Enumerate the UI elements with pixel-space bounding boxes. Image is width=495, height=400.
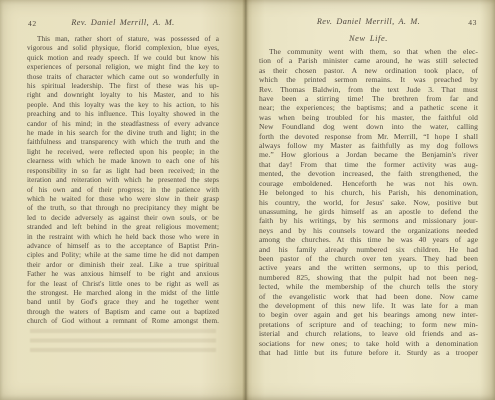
text-line: the development of this new life. It was… xyxy=(259,301,478,310)
text-line: neys and by his counsels toward the orga… xyxy=(259,226,478,235)
right-running-head: Rev. Daniel Merrill, A. M. xyxy=(259,17,478,26)
text-line: the strongest. He marched along in the m… xyxy=(27,289,219,298)
left-page: 42 Rev. Daniel Merrill, A. M. This man, … xyxy=(0,0,245,400)
right-page-header: Rev. Daniel Merrill, A. M. 43 xyxy=(259,17,478,28)
book-spread: 42 Rev. Daniel Merrill, A. M. This man, … xyxy=(0,0,495,400)
text-line: light he received, were reflected upon h… xyxy=(27,148,219,157)
text-line: tion of a Parish minister came around, h… xyxy=(259,56,478,65)
text-line: that day! From that time the former acti… xyxy=(259,160,478,169)
text-line: faithfulness and transparency with which… xyxy=(27,138,219,147)
left-running-head: Rev. Daniel Merrill, A. M. xyxy=(27,18,219,27)
right-page-number: 43 xyxy=(468,18,477,27)
text-line: forth the devoted response from Mr. Merr… xyxy=(259,132,478,141)
left-page-number: 42 xyxy=(28,19,37,28)
left-page-header: 42 Rev. Daniel Merrill, A. M. xyxy=(27,18,219,29)
text-line: courage emboldened. Henceforth he was no… xyxy=(259,179,478,188)
text-line: church of God without a remnant of Rome … xyxy=(27,317,219,326)
text-line: of the evangelistic work that had been d… xyxy=(259,292,478,301)
text-line: faith by his writings, by his sermons an… xyxy=(259,216,478,225)
text-line: Father he was anxious himself to be righ… xyxy=(27,270,219,279)
text-line: of the truth, so that through no precipi… xyxy=(27,204,219,213)
section-heading: New Life. xyxy=(259,34,478,43)
text-line: as their chosen pastor. A new ordination… xyxy=(259,66,478,75)
text-line: was when being troubled for his master, … xyxy=(259,113,478,122)
text-line: He belonged to his church, his Parish, h… xyxy=(259,188,478,197)
text-line: near; the experiences; the baptisms; and… xyxy=(259,103,478,112)
text-line: pretations of scripture and of teaching;… xyxy=(259,320,478,329)
text-line: his spiritual leadership. The first of t… xyxy=(27,82,219,91)
text-line: stranded and left behind in the great re… xyxy=(27,223,219,232)
text-line: vigorous and solid physique, florid comp… xyxy=(27,44,219,53)
text-line: among the churches. At this time he was … xyxy=(259,235,478,244)
text-line: led to decide adversely as against their… xyxy=(27,214,219,223)
text-line: have been a stirring time! The brethren … xyxy=(259,94,478,103)
text-line: which he waited for those who were slow … xyxy=(27,195,219,204)
text-line: advance of himself as to the acceptance … xyxy=(27,242,219,251)
text-line: clearness with which he made known to ea… xyxy=(27,157,219,166)
text-line: right and downright loyalty to his Maste… xyxy=(27,91,219,100)
text-line: New Foundland dog went down into the wat… xyxy=(259,122,478,131)
text-line: This man, rather short of stature, was p… xyxy=(27,35,219,44)
text-line: responsibility in so far as light had be… xyxy=(27,167,219,176)
text-line: me.” How glorious a Jordan became the Be… xyxy=(259,150,478,159)
text-line: active years and the written sermons, up… xyxy=(259,263,478,272)
text-line: in the restraint with which he held back… xyxy=(27,233,219,242)
text-line: quick motion and ready speech. If we cou… xyxy=(27,54,219,63)
text-line: through the waters of Baptism and came o… xyxy=(27,308,219,317)
text-line: preaching and to his influence. This loy… xyxy=(27,110,219,119)
text-line: been pastor of the church over ten years… xyxy=(259,254,478,263)
text-line: of his own and of their progress; in the… xyxy=(27,186,219,195)
text-line: lected, while the membership of the chur… xyxy=(259,282,478,291)
text-line: experiences of personal religion, we mig… xyxy=(27,63,219,72)
text-line: people. And this loyalty was the key to … xyxy=(27,101,219,110)
text-line: band until by God's grace they and he to… xyxy=(27,298,219,307)
text-line: unassuming, he girds himself as an apost… xyxy=(259,207,478,216)
show-through-ghost xyxy=(30,329,216,356)
text-line: isterial and church relations, to leave … xyxy=(259,329,478,338)
text-line: numbered 825, showing that the pulpit ha… xyxy=(259,273,478,282)
text-line: sociations for new ones; to take hold wi… xyxy=(259,339,478,348)
text-line: Rev. Thomas Baldwin, from the text Jude … xyxy=(259,85,478,94)
text-line: always follow my Master as faithfully as… xyxy=(259,141,478,150)
text-line: to begin over again and get his bearings… xyxy=(259,310,478,319)
text-line: he made in his search for the divine tru… xyxy=(27,129,219,138)
text-line: for the least of Christ's little ones to… xyxy=(27,280,219,289)
text-line: mented, the devotion increased, the fait… xyxy=(259,169,478,178)
text-line: their ardor or diminish their zeal. Like… xyxy=(27,261,219,270)
text-line: which the printed sermon remains. It was… xyxy=(259,75,478,84)
text-line: his country, the world, for Jesus' sake.… xyxy=(259,198,478,207)
text-line: The community went with them, so that wh… xyxy=(259,47,478,56)
text-line: iteration and reiteration with which he … xyxy=(27,176,219,185)
right-page: Rev. Daniel Merrill, A. M. 43 New Life. … xyxy=(245,0,495,400)
text-line: that had little but its future before it… xyxy=(259,348,478,357)
text-line: those traits of character which came out… xyxy=(27,73,219,82)
right-page-text: The community went with them, so that wh… xyxy=(259,47,478,357)
left-page-text: This man, rather short of stature, was p… xyxy=(27,35,219,327)
text-line: and his family already numbered six chil… xyxy=(259,245,478,254)
text-line: candor of his mind; in the steadfastness… xyxy=(27,120,219,129)
text-line: ciples and Polity; while at the same tim… xyxy=(27,251,219,260)
